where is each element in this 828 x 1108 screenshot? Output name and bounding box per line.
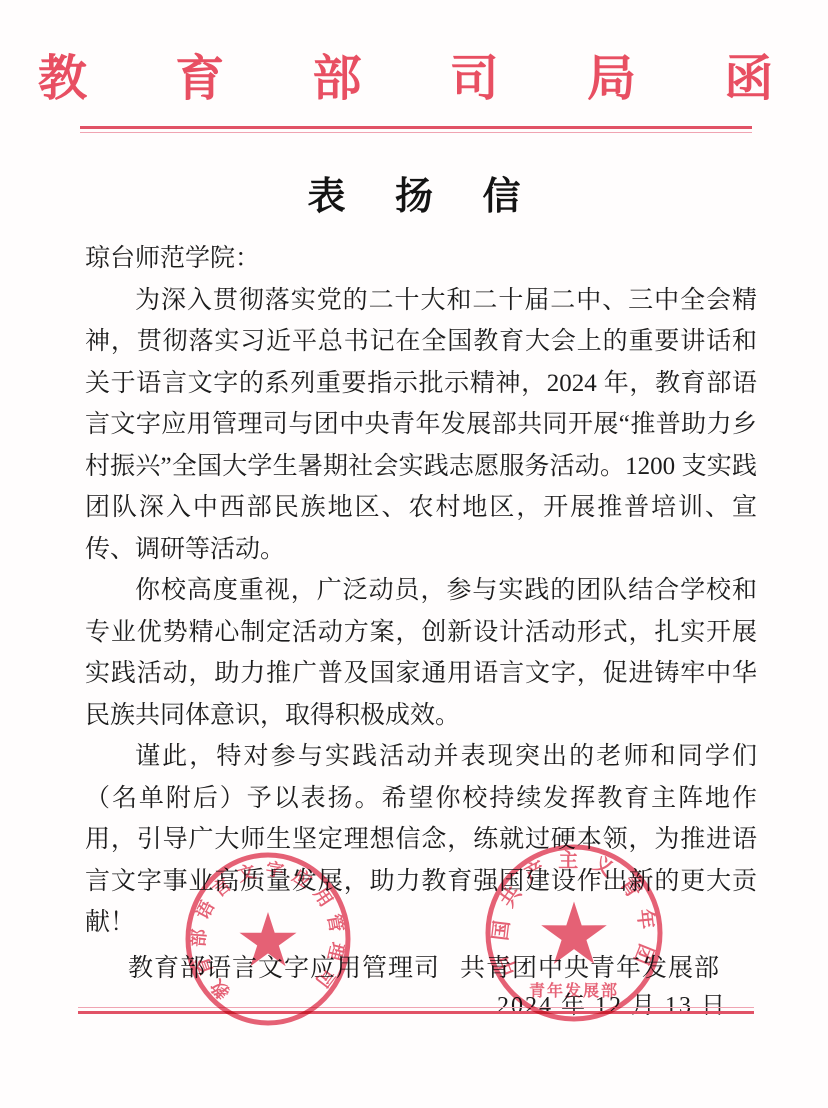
letterhead-title: 教 育 部 司 局 函 件 <box>0 40 828 110</box>
star-icon <box>240 912 297 966</box>
seal-cyl-youth-dev: 中国共产主义青年团 青年发展部 <box>481 839 667 1027</box>
header-rule-thick <box>80 126 752 129</box>
seal-right-bottom-text: 青年发展部 <box>529 981 619 1000</box>
header-rule <box>80 126 752 133</box>
letter-body: 琼台师范学院： 为深入贯彻落实党的二十大和二十届二中、三中全会精神，贯彻落实习近… <box>85 238 757 944</box>
paragraph-2: 你校高度重视，广泛动员，参与实践的团队结合学校和专业优势精心制定活动方案，创新设… <box>85 570 757 736</box>
seal-moe-language-dept: 教育部语言文字应用管理司 <box>183 850 353 1028</box>
letter-page: 教 育 部 司 局 函 件 表 扬 信 琼台师范学院： 为深入贯彻落实党的二十大… <box>0 0 828 1108</box>
salutation: 琼台师范学院： <box>85 238 757 280</box>
letter-title: 表 扬 信 <box>0 165 828 220</box>
paragraph-1: 为深入贯彻落实党的二十大和二十届二中、三中全会精神，贯彻落实习近平总书记在全国教… <box>85 280 757 571</box>
header-rule-thin <box>80 132 752 133</box>
star-icon <box>541 902 607 964</box>
